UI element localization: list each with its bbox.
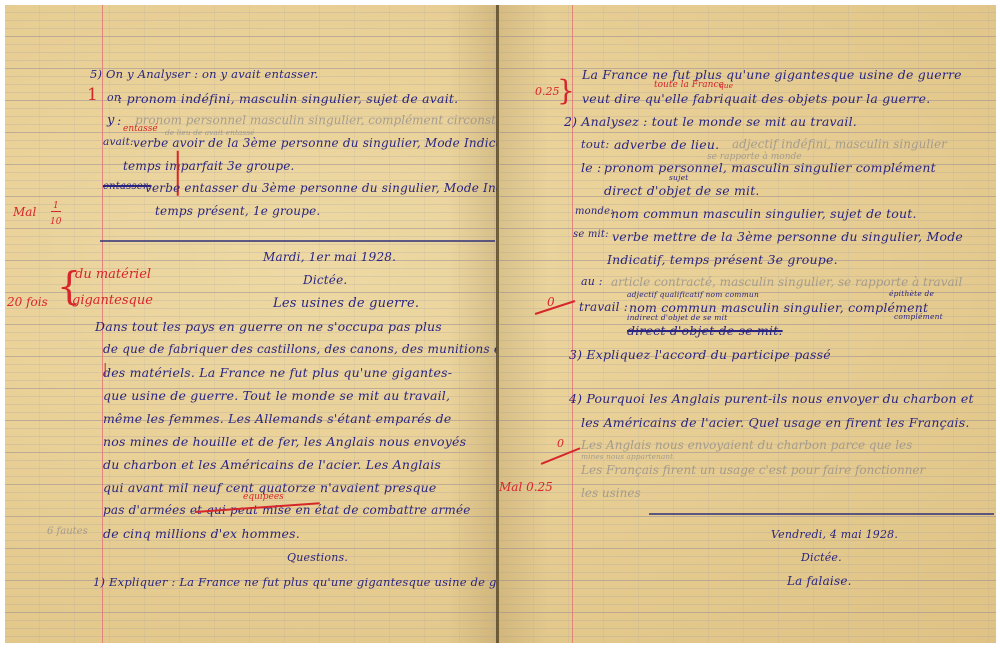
dictation-line-7: du charbon et les Américains de l'acier.… <box>103 457 441 472</box>
grade-mal: Mal <box>13 205 36 219</box>
pencil-note-tout: adjectif indéfini, masculin singulier <box>732 137 947 151</box>
correction-que: que <box>719 81 733 90</box>
answer-1-line1: La France ne fut plus qu'une gigantesque… <box>582 67 962 82</box>
margin-correction-line1: du matériel <box>75 267 151 282</box>
grade-question-4: 0 <box>557 437 564 450</box>
pencil-answer-sub: mines nous appartenant <box>581 452 673 461</box>
pencil-note-au: article contracté, masculin singulier, s… <box>611 275 962 289</box>
notebook-spread: 5) On y Analyser : on y avait entasser. … <box>5 5 996 643</box>
correction-adjectif: adjectif qualificatif nom commun <box>627 290 759 299</box>
left-page: 5) On y Analyser : on y avait entasser. … <box>5 5 497 643</box>
next-dictation-title: La falaise. <box>787 574 852 588</box>
question-4-line2: les Américains de l'acier. Quel usage en… <box>581 415 970 430</box>
analysis-term-y: y <box>107 113 115 128</box>
grade-fraction-den: 10 <box>50 217 61 227</box>
analysis-2-text-tout: adverbe de lieu. <box>614 137 719 152</box>
answer-1-line2: veut dire qu'elle fabriquait des objets … <box>582 91 930 106</box>
correction-mark-des: | <box>103 362 107 377</box>
section-divider <box>100 240 495 242</box>
analysis-2-term-le: le : <box>581 160 601 175</box>
analysis-2-text-monde: nom commun masculin singulier, sujet de … <box>611 206 917 221</box>
analysis-colon: : <box>117 113 121 128</box>
section-divider <box>649 513 994 515</box>
next-dictation-date: Vendredi, 4 mai 1928. <box>771 528 898 541</box>
analysis-text-tempsimp: temps imparfait 3e groupe. <box>123 159 295 173</box>
analysis-2-text-semit: verbe mettre de la 3ème personne du sing… <box>612 229 963 244</box>
analysis-2-text-indicatif: Indicatif, temps présent 3e groupe. <box>607 252 838 267</box>
right-page: La France ne fut plus qu'une gigantesque… <box>499 5 996 643</box>
correction-equipees: équipées <box>243 492 284 502</box>
grade-answer-1: 0.25 <box>535 85 560 98</box>
pencil-answer-line2: Les Français firent un usage c'est pour … <box>581 463 925 477</box>
analysis-term-avait: avait: <box>103 136 134 148</box>
analysis-2-text-le: pronom personnel, masculin singulier com… <box>604 160 936 175</box>
dictation-date: Mardi, 1er mai 1928. <box>263 250 396 264</box>
pencil-margin-fautes: 6 fautes <box>47 526 88 537</box>
correction-sujet: sujet <box>669 173 688 182</box>
correction-toute-la-france: toute la France <box>654 80 724 90</box>
correction-epithete: épithète de <box>889 289 934 298</box>
dictation-line-2: de que de fabriquer des castillons, des … <box>103 342 497 356</box>
analysis-2-prompt: 2) Analysez : tout le monde se mit au tr… <box>564 114 857 129</box>
analysis-line-on: : pronom indéfini, masculin singulier, s… <box>118 91 458 106</box>
pencil-note-y: pronom personnel masculin singulier, com… <box>135 113 497 127</box>
grade-mal-question-4: Mal 0.25 <box>499 480 553 494</box>
analysis-text-avait: verbe avoir de la 3ème personne du singu… <box>133 136 497 150</box>
correction-indirect: indirect d'objet de se mit <box>627 313 727 322</box>
dictation-line-6: nos mines de houille et de fer, les Angl… <box>103 434 466 449</box>
dictation-title: Les usines de guerre. <box>273 296 419 311</box>
dictation-line-1: Dans tout les pays en guerre on ne s'occ… <box>95 319 442 334</box>
question-3: 3) Expliquez l'accord du participe passé <box>569 347 831 362</box>
analysis-text-tempspres: temps présent, 1e groupe. <box>155 204 320 218</box>
correction-complement: complément <box>894 312 943 321</box>
question-1: 1) Expliquer : La France ne fut plus qu'… <box>93 575 497 589</box>
pencil-answer-line1: Les Anglais nous envoyaient du charbon p… <box>581 438 912 452</box>
questions-heading: Questions. <box>287 551 348 564</box>
margin-correction-count: 20 fois <box>7 295 48 309</box>
analysis-2-term-travail: travail : <box>579 300 628 314</box>
analysis-2-term-au: au : <box>581 275 603 288</box>
margin-correction-line2: gigantesque <box>72 293 153 308</box>
analysis-2-text-direct-2: direct d'objet de se mit. <box>627 323 783 338</box>
dictation-heading: Dictée. <box>303 273 347 287</box>
analysis-2-term-semit: se mit: <box>573 229 609 240</box>
dictation-line-3: des matériels. La France ne fut plus qu'… <box>103 365 452 380</box>
analysis-text: pronom indéfini, masculin singulier, suj… <box>127 91 459 106</box>
analysis-prompt: 5) On y Analyser : on y avait entasser. <box>90 67 319 81</box>
next-dictation-heading: Dictée. <box>801 551 842 564</box>
dictation-line-4: que usine de guerre. Tout le monde se mi… <box>103 388 450 403</box>
brace-icon: } <box>557 77 575 105</box>
analysis-2-text-direct: direct d'objet de se mit. <box>604 183 760 198</box>
analysis-2-term-tout: tout: <box>581 137 609 151</box>
question-4-line1: 4) Pourquoi les Anglais purent-ils nous … <box>569 391 974 406</box>
dictation-line-10: de cinq millions d'ex hommes. <box>103 526 300 541</box>
grade-fraction-num: 1 <box>51 201 61 212</box>
margin-mark: 1 <box>87 85 98 105</box>
analysis-text-entasser: verbe entasser du 3ème personne du singu… <box>145 181 497 195</box>
dictation-line-5: même les femmes. Les Allemands s'étant e… <box>103 411 451 426</box>
pencil-answer-line3: les usines <box>581 486 641 500</box>
analysis-2-term-monde: monde: <box>575 206 614 217</box>
correction-entasse: entassé <box>123 124 158 134</box>
